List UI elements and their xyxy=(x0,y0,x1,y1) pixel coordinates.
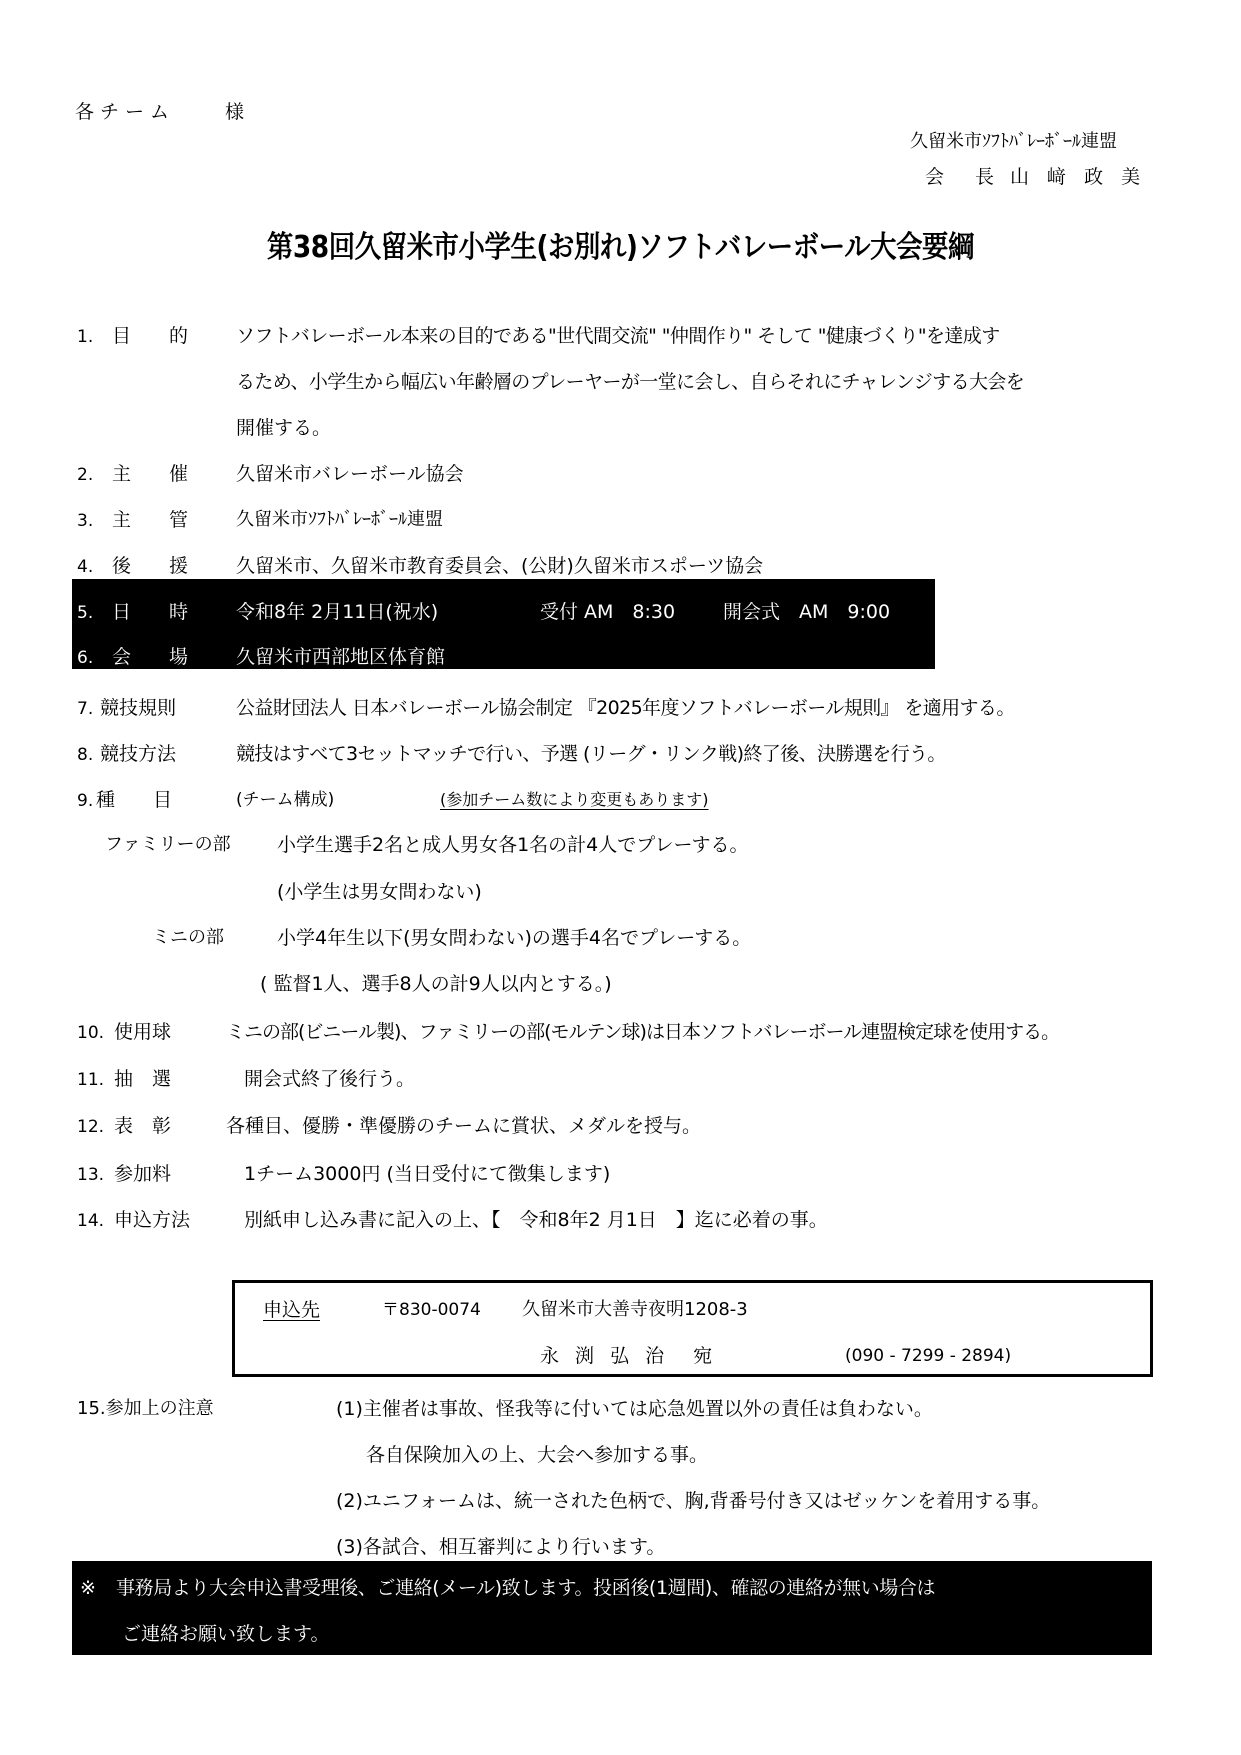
sender-org: 久留米市ｿﾌﾄﾊﾞﾚｰﾎﾞｰﾙ連盟 xyxy=(910,130,1117,154)
item-number: 5. xyxy=(77,601,93,625)
event-date: 令和8年 2月11日(祝水) xyxy=(236,600,438,624)
cautions-label: 15.参加上の注意 xyxy=(77,1397,214,1421)
item-number: 11. xyxy=(77,1068,104,1092)
item-label: 参加料 xyxy=(114,1162,171,1186)
item-text-line: 開催する。 xyxy=(236,416,331,440)
item-text: 公益財団法人 日本バレーボール協会制定 『2025年度ソフトバレーボール規則』 … xyxy=(236,696,1015,720)
item-text: 別紙申し込み書に記入の上、【 令和8年2 月1日 】迄に必着の事。 xyxy=(244,1208,828,1232)
item-number: 13. xyxy=(77,1163,104,1187)
application-phone: (090 - 7299 - 2894) xyxy=(845,1344,1011,1368)
item-text: 開会式終了後行う。 xyxy=(244,1067,415,1091)
venue-name: 久留米市西部地区体育館 xyxy=(236,645,445,669)
item-number: 4. xyxy=(77,555,93,579)
item-text-line: るため、小学生から幅広い年齢層のプレーヤーが一堂に会し、自らそれにチャレンジする… xyxy=(236,370,1024,394)
division-sub-family: (小学生は男女問わない) xyxy=(277,880,482,904)
opening-time: 開会式 AM 9:00 xyxy=(723,600,890,624)
item-label: 表 彰 xyxy=(114,1114,171,1138)
item-number: 12. xyxy=(77,1115,104,1139)
item-number: 8. xyxy=(77,743,93,767)
item-text: 久留米市、久留米市教育委員会、(公財)久留米市スポーツ協会 xyxy=(236,554,763,578)
item-label: 抽 選 xyxy=(114,1067,171,1091)
caution-line: (1)主催者は事故、怪我等に付いては応急処置以外の責任は負わない。 xyxy=(336,1397,933,1421)
item-text: 1チーム3000円 (当日受付にて徴集します) xyxy=(244,1162,610,1186)
notice-line: 事務局より大会申込書受理後、ご連絡(メール)致します。投函後(1週間)、確認の連… xyxy=(116,1576,935,1600)
item-note: (参加チーム数により変更もあります) xyxy=(440,788,709,812)
item-text: 各種目、優勝・準優勝のチームに賞状、メダルを授与。 xyxy=(226,1114,701,1138)
sender-name: 山 﨑 政 美 xyxy=(1010,165,1146,189)
item-number: 14. xyxy=(77,1209,104,1233)
item-label: 使用球 xyxy=(114,1020,171,1044)
page-title: 第38回久留米市小学生(お別れ)ソフトバレーボール大会要綱 xyxy=(74,228,1166,268)
item-text: (チーム構成) xyxy=(236,788,334,812)
reception-time: 受付 AM 8:30 xyxy=(540,600,675,624)
item-label: 競技規則 xyxy=(100,696,176,720)
item-text: 競技はすべて3セットマッチで行い、予選 (リーグ・リンク戦)終了後、決勝選を行う… xyxy=(236,742,946,766)
caution-line: (2)ユニフォームは、統一された色柄で、胸,背番号付き又はゼッケンを着用する事。 xyxy=(336,1489,1050,1513)
division-desc-mini: 小学4年生以下(男女問わない)の選手4名でプレーする。 xyxy=(277,926,751,950)
highlight-band xyxy=(72,579,935,669)
addressee: 各チーム 様 xyxy=(75,100,250,124)
application-label: 申込先 xyxy=(263,1298,320,1322)
division-sub-mini: ( 監督1人、選手8人の計9人以内とする。) xyxy=(260,972,612,996)
item-label: 申込方法 xyxy=(114,1208,190,1232)
caution-line: 各自保険加入の上、大会へ参加する事。 xyxy=(366,1443,708,1467)
item-number: 3. xyxy=(77,509,93,533)
item-label: 目 的 xyxy=(112,324,188,348)
item-number: 10. xyxy=(77,1021,104,1045)
sender-title: 会 長 xyxy=(925,165,1000,189)
item-number: 1. xyxy=(77,325,93,349)
caution-line: (3)各試合、相互審判により行います。 xyxy=(336,1535,665,1559)
item-label: 日 時 xyxy=(112,600,188,624)
application-address: 久留米市大善寺夜明1208-3 xyxy=(522,1298,748,1322)
notice-line: ご連絡お願い致します。 xyxy=(122,1622,329,1646)
division-name-mini: ミニの部 xyxy=(152,926,224,950)
item-number: 6. xyxy=(77,646,93,670)
item-text: ミニの部(ビニール製)、ファミリーの部(モルテン球)は日本ソフトバレーボール連盟… xyxy=(226,1020,1059,1044)
item-text-line: ソフトバレーボール本来の目的である"世代間交流" "仲間作り" そして "健康づ… xyxy=(236,324,1000,348)
notice-mark: ※ xyxy=(80,1576,96,1600)
item-label: 主 管 xyxy=(112,508,188,532)
item-number: 9. xyxy=(77,789,93,813)
item-number: 7. xyxy=(77,697,93,721)
postal-code: 〒830-0074 xyxy=(382,1298,481,1322)
item-text: 久留米市ｿﾌﾄﾊﾞﾚｰﾎﾞｰﾙ連盟 xyxy=(236,508,443,532)
item-label: 競技方法 xyxy=(100,742,176,766)
item-label: 主 催 xyxy=(112,462,188,486)
item-label: 後 援 xyxy=(112,554,188,578)
application-recipient: 永 渕 弘 治 宛 xyxy=(540,1344,717,1368)
item-number: 2. xyxy=(77,463,93,487)
item-text: 久留米市バレーボール協会 xyxy=(236,462,464,486)
item-label: 種 目 xyxy=(96,788,172,812)
item-label: 会 場 xyxy=(112,645,188,669)
division-desc-family: 小学生選手2名と成人男女各1名の計4人でプレーする。 xyxy=(277,833,749,857)
division-name-family: ファミリーの部 xyxy=(105,833,231,857)
